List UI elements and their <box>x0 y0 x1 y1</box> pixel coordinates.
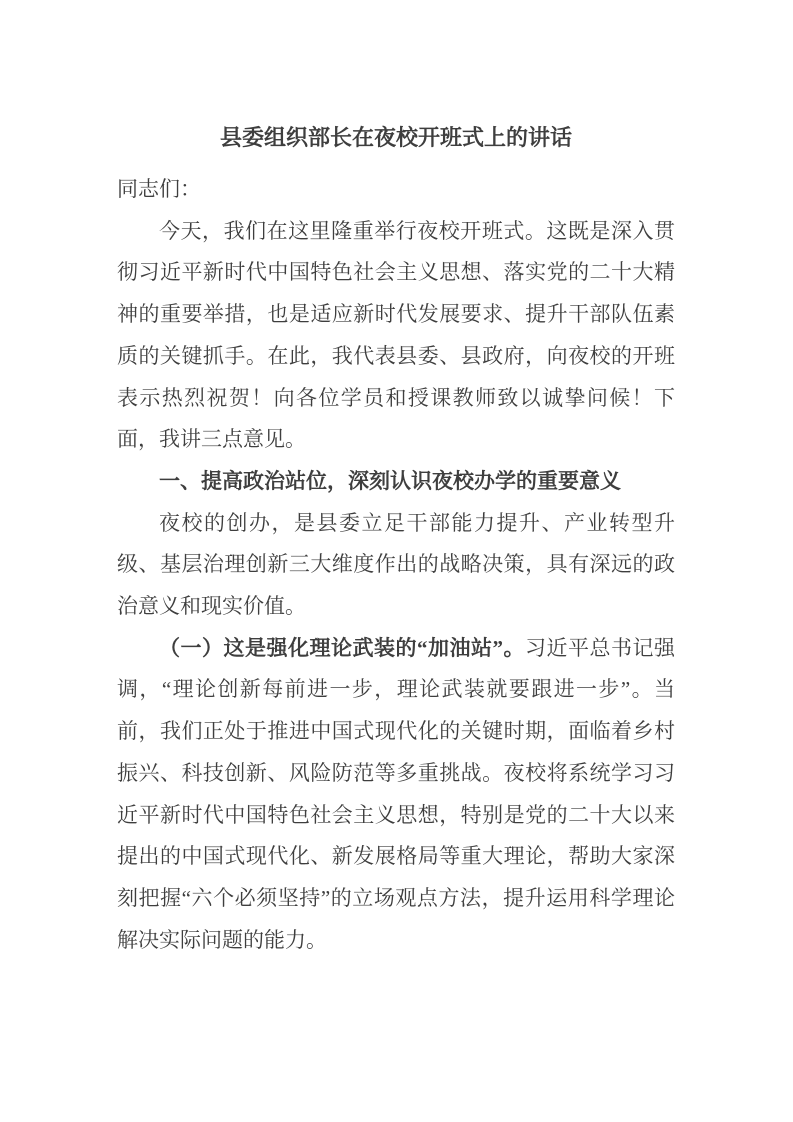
opening-paragraph: 今天，我们在这里隆重举行夜校开班式。这既是深入贯彻习近平新时代中国特色社会主义思… <box>117 211 675 461</box>
point1-lead: （一）这是强化理论武装的“加油站”。 <box>159 636 525 660</box>
document-content: 县委组织部长在夜校开班式上的讲话 同志们： 今天，我们在这里隆重举行夜校开班式。… <box>117 0 675 961</box>
salutation: 同志们： <box>117 169 675 211</box>
point1-paragraph: （一）这是强化理论武装的“加油站”。习近平总书记强调，“理论创新每前进一步，理论… <box>117 628 675 962</box>
document-title: 县委组织部长在夜校开班式上的讲话 <box>117 117 675 159</box>
point1-body: 习近平总书记强调，“理论创新每前进一步，理论武装就要跟进一步”。当前，我们正处于… <box>117 636 675 952</box>
section-heading-1: 一、提高政治站位，深刻认识夜校办学的重要意义 <box>117 461 675 503</box>
section1-paragraph: 夜校的创办，是县委立足干部能力提升、产业转型升级、基层治理创新三大维度作出的战略… <box>117 503 675 628</box>
document-page: 县委组织部长在夜校开班式上的讲话 同志们： 今天，我们在这里隆重举行夜校开班式。… <box>0 0 793 1122</box>
